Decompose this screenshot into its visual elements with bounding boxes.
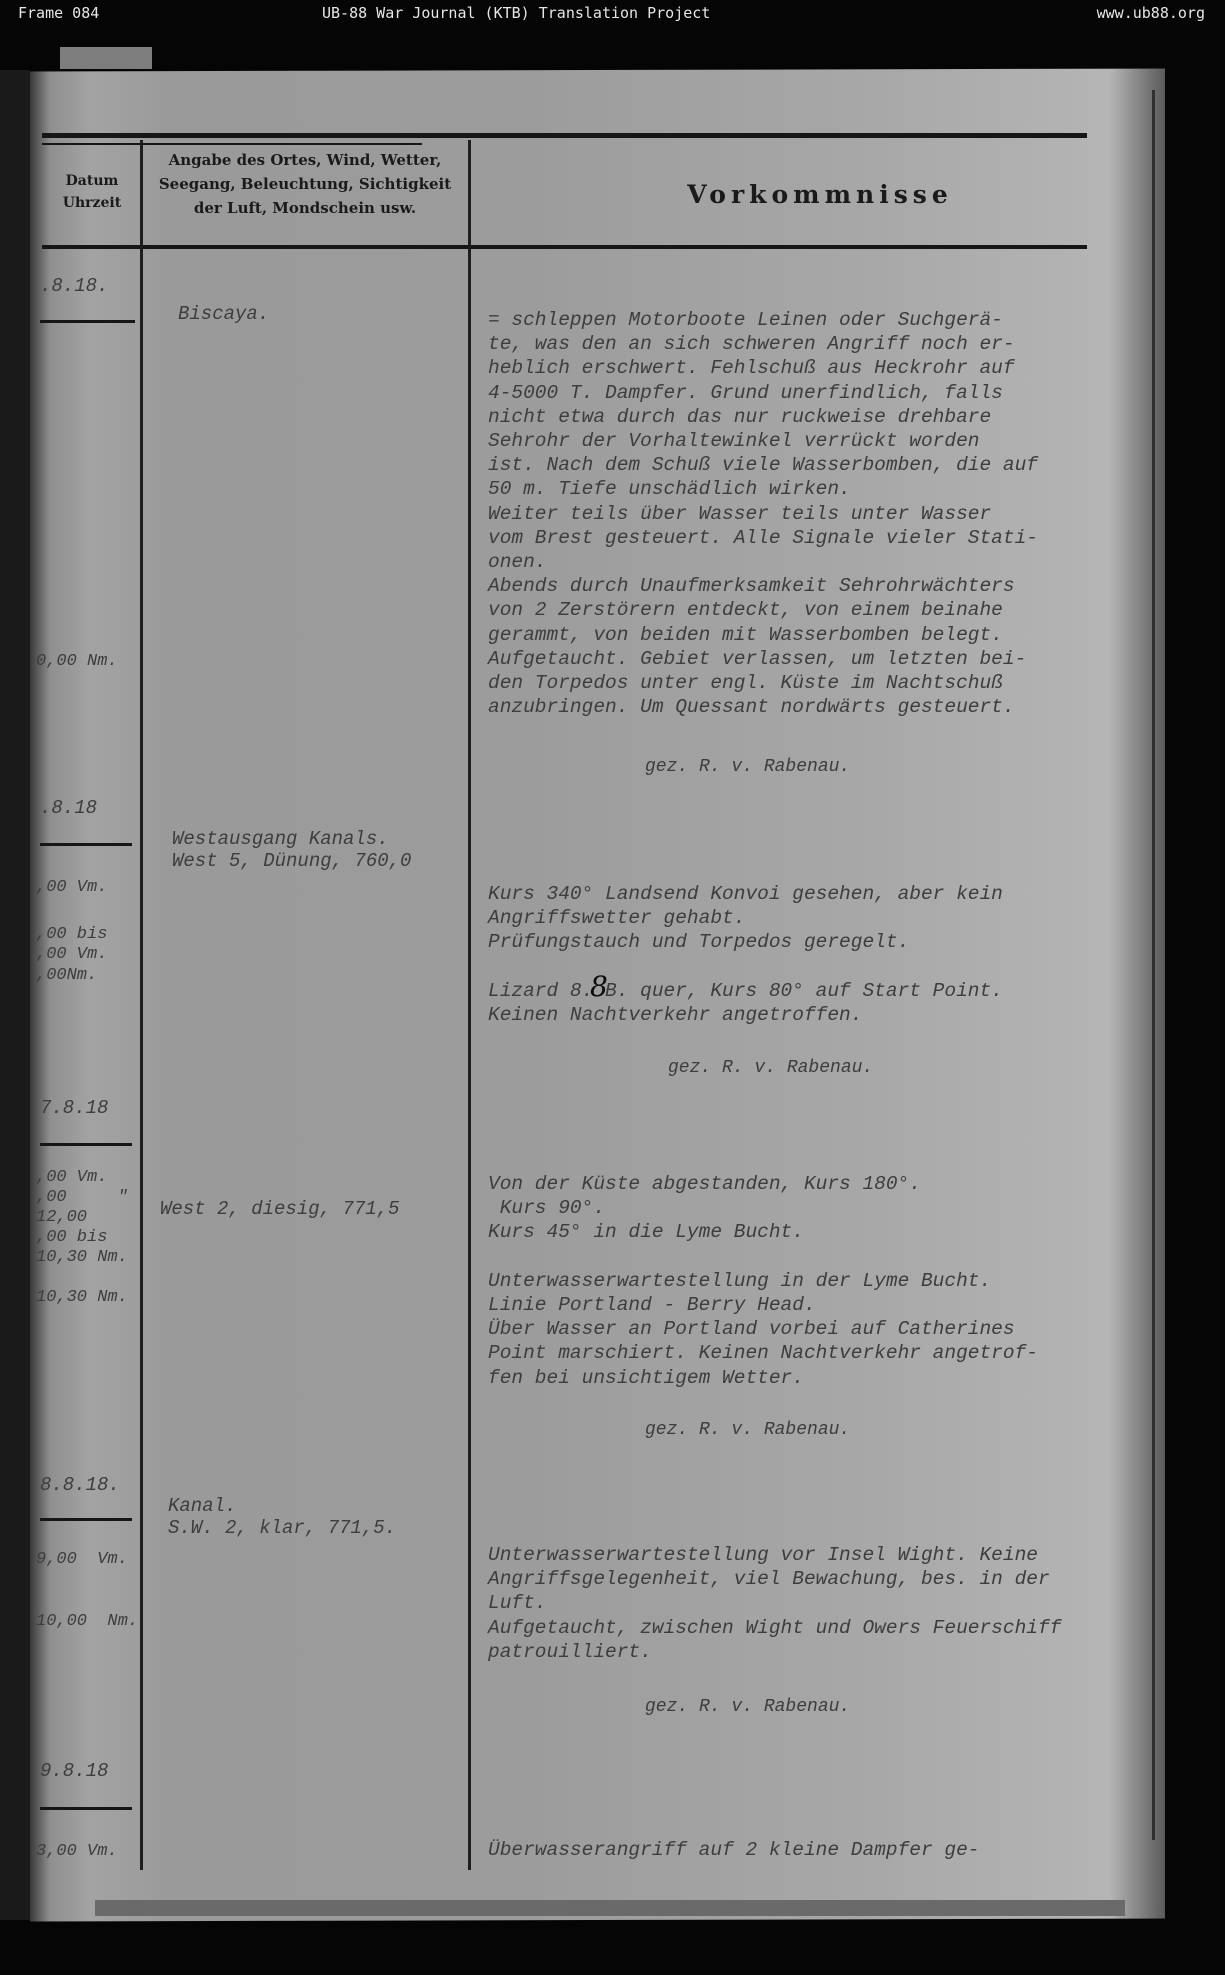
text-line <box>36 1268 128 1288</box>
entry-signature: gez. R. v. Rabenau. <box>645 757 850 777</box>
entry-time: 3,00 Vm. <box>36 1842 118 1862</box>
entry-time: 10,00 Nm. <box>36 1612 138 1632</box>
header-ort-line: Seegang, Beleuchtung, Sichtigkeit <box>145 172 465 196</box>
text-line: ist. Nach dem Schuß viele Wasserbomben, … <box>488 453 1143 477</box>
text-line: nicht etwa durch das nur ruckweise drehb… <box>488 405 1143 429</box>
text-line: fen bei unsichtigem Wetter. <box>488 1366 1143 1390</box>
text-line: den Torpedos unter engl. Küste im Nachts… <box>488 671 1143 695</box>
entry-time-list: ,00 Vm.,00 "12,00,00 bis10,30 Nm. 10,30 … <box>36 1168 128 1308</box>
entry-text: = schleppen Motorboote Leinen oder Suchg… <box>488 308 1143 719</box>
entry-text: Von der Küste abgestanden, Kurs 180°. Ku… <box>488 1172 1143 1390</box>
entry-date: 8.8.18. <box>40 1474 120 1496</box>
entry-place: Kanal.S.W. 2, klar, 771,5. <box>168 1495 396 1539</box>
text-line: Angriffsgelegenheit, viel Bewachung, bes… <box>488 1567 1143 1591</box>
text-line: Abends durch Unaufmerksamkeit Sehrohrwäc… <box>488 574 1143 598</box>
text-line: 50 m. Tiefe unschädlich wirken. <box>488 477 1143 501</box>
text-line <box>488 1245 1143 1269</box>
header-uhrzeit-line: Uhrzeit <box>52 192 132 214</box>
column-divider-right <box>1152 90 1155 1840</box>
text-line: Über Wasser an Portland vorbei auf Cathe… <box>488 1317 1143 1341</box>
text-line <box>488 955 1143 979</box>
page-tab-strip <box>60 47 152 69</box>
text-line: heblich erschwert. Fehlschuß aus Heckroh… <box>488 356 1143 380</box>
date-separator <box>40 320 135 323</box>
entry-time: ,00 bis <box>36 925 107 945</box>
text-line: Keinen Nachtverkehr angetroffen. <box>488 1003 1143 1027</box>
entry-signature: gez. R. v. Rabenau. <box>645 1697 850 1717</box>
date-separator <box>40 843 132 846</box>
entry-text: Unterwasserwartestellung vor Insel Wight… <box>488 1543 1143 1664</box>
column-divider-ort <box>468 140 471 1870</box>
text-line: Kanal. <box>168 1495 396 1517</box>
entry-time: 9,00 Vm. <box>36 1550 128 1570</box>
date-separator <box>40 1518 132 1521</box>
entry-time: ,00 Vm. <box>36 878 107 898</box>
title-bar: Frame 084 UB-88 War Journal (KTB) Transl… <box>0 0 1225 28</box>
text-line: Kurs 90°. <box>488 1196 1143 1220</box>
text-line: te, was den an sich schweren Angriff noc… <box>488 332 1143 356</box>
text-line: onen. <box>488 550 1143 574</box>
column-header-vorkommnisse: Vorkommnisse <box>470 180 1170 209</box>
column-divider-datum <box>140 140 143 1870</box>
page-edge-shadow <box>0 70 30 1920</box>
text-line: Kurs 340° Landsend Konvoi gesehen, aber … <box>488 882 1143 906</box>
text-line: 4-5000 T. Dampfer. Grund unerfindlich, f… <box>488 381 1143 405</box>
entry-text: Kurs 340° Landsend Konvoi gesehen, aber … <box>488 882 1143 1027</box>
text-line: vom Brest gesteuert. Alle Signale vieler… <box>488 526 1143 550</box>
text-line: von 2 Zerstörern entdeckt, von einem bei… <box>488 598 1143 622</box>
entry-signature: gez. R. v. Rabenau. <box>668 1058 873 1078</box>
header-top-rule-thin <box>42 143 422 145</box>
entry-text: Überwasserangriff auf 2 kleine Dampfer g… <box>488 1838 1143 1862</box>
text-line: ,00 " <box>36 1188 128 1208</box>
text-line: Überwasserangriff auf 2 kleine Dampfer g… <box>488 1838 1143 1862</box>
entry-place: West 2, diesig, 771,5 <box>160 1198 399 1220</box>
text-line: Angriffswetter gehabt. <box>488 906 1143 930</box>
text-line: Luft. <box>488 1591 1143 1615</box>
text-line: Von der Küste abgestanden, Kurs 180°. <box>488 1172 1143 1196</box>
text-line: Weiter teils über Wasser teils unter Was… <box>488 502 1143 526</box>
text-line: Aufgetaucht, zwischen Wight und Owers Fe… <box>488 1616 1143 1640</box>
text-line: Aufgetaucht. Gebiet verlassen, um letzte… <box>488 647 1143 671</box>
text-line: 10,30 Nm. <box>36 1248 128 1268</box>
text-line: Prüfungstauch und Torpedos geregelt. <box>488 930 1143 954</box>
text-line: 10,30 Nm. <box>36 1288 128 1308</box>
text-line: patrouilliert. <box>488 1640 1143 1664</box>
entry-time: ,00Nm. <box>36 966 97 986</box>
text-line: Westausgang Kanals. <box>172 828 411 850</box>
header-top-rule <box>42 133 1087 138</box>
entry-date: 7.8.18 <box>40 1097 108 1119</box>
entry-place: Westausgang Kanals.West 5, Dünung, 760,0 <box>172 828 411 872</box>
text-line: anzubringen. Um Quessant nordwärts geste… <box>488 695 1143 719</box>
text-line: ,00 Vm. <box>36 1168 128 1188</box>
text-line: = schleppen Motorboote Leinen oder Suchg… <box>488 308 1143 332</box>
entry-time: ,00 Vm. <box>36 945 107 965</box>
text-line: Kurs 45° in die Lyme Bucht. <box>488 1220 1143 1244</box>
text-line: S.W. 2, klar, 771,5. <box>168 1517 396 1539</box>
date-separator <box>40 1143 132 1146</box>
website-link[interactable]: www.ub88.org <box>1097 0 1205 26</box>
project-title: UB-88 War Journal (KTB) Translation Proj… <box>322 0 710 26</box>
header-datum-line: Datum <box>52 170 132 192</box>
frame-label: Frame 084 <box>18 0 99 26</box>
text-line: 12,00 <box>36 1208 128 1228</box>
column-header-ort: Angabe des Ortes, Wind, Wetter, Seegang,… <box>145 148 465 220</box>
text-line: Lizard 8. B. quer, Kurs 80° auf Start Po… <box>488 979 1143 1003</box>
entry-place: Biscaya. <box>178 303 269 325</box>
text-line: Sehrohr der Vorhaltewinkel verrückt word… <box>488 429 1143 453</box>
header-ort-line: Angabe des Ortes, Wind, Wetter, <box>145 148 465 172</box>
page-bottom-edge <box>95 1900 1125 1916</box>
text-line: West 5, Dünung, 760,0 <box>172 850 411 872</box>
text-line: gerammt, von beiden mit Wasserbomben bel… <box>488 623 1143 647</box>
text-line: Linie Portland - Berry Head. <box>488 1293 1143 1317</box>
entry-date: .8.18. <box>40 275 108 297</box>
text-line: Unterwasserwartestellung in der Lyme Buc… <box>488 1269 1143 1293</box>
header-bottom-rule <box>42 245 1087 249</box>
text-line: ,00 bis <box>36 1228 128 1248</box>
entry-time: 0,00 Nm. <box>36 652 118 672</box>
entry-signature: gez. R. v. Rabenau. <box>645 1420 850 1440</box>
date-separator <box>40 1807 132 1810</box>
text-line: Unterwasserwartestellung vor Insel Wight… <box>488 1543 1143 1567</box>
text-line: Point marschiert. Keinen Nachtverkehr an… <box>488 1341 1143 1365</box>
entry-date: 9.8.18 <box>40 1760 108 1782</box>
handwritten-mark: 8 <box>590 970 608 1003</box>
column-header-datum: Datum Uhrzeit <box>52 170 132 214</box>
header-ort-line: der Luft, Mondschein usw. <box>145 196 465 220</box>
entry-date: .8.18 <box>40 797 97 819</box>
